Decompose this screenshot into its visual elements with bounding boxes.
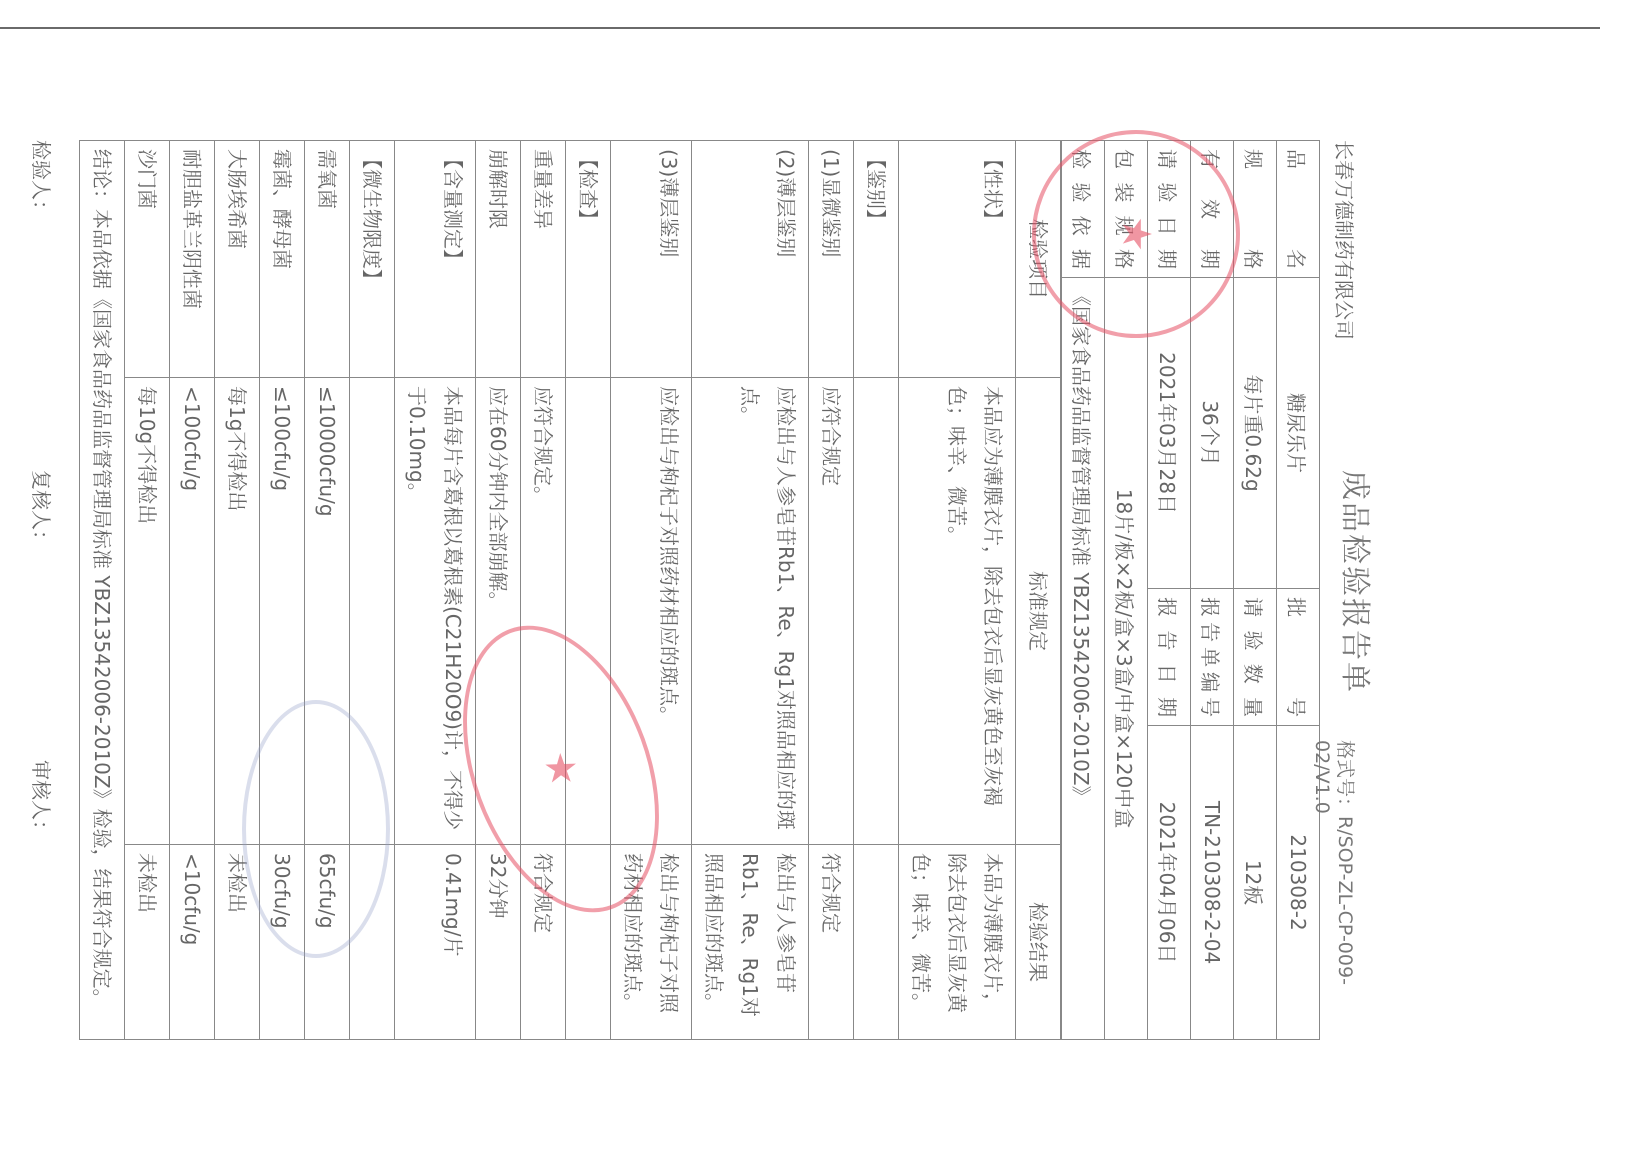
cell-standard: 本品每片含葛根以葛根素(C21H20O9)计，不得少于0.10mg。 [395,378,476,845]
label: 报告日期 [1148,589,1191,726]
cell-standard [854,378,899,845]
label: 批号 [1277,589,1320,726]
cell-result: 32分钟 [476,845,521,1040]
cell-standard: 应检出与人参皂苷Rb1、Re、Rg1对照品相应的斑点。 [692,378,809,845]
validity: 36个月 [1191,278,1234,589]
cell-item: 【含量测定】 [395,141,476,378]
top-rule [0,27,1600,29]
cell-result: 未检出 [125,845,170,1040]
report-title: 成品检验报告单 [1336,470,1380,694]
cell-item: (1)显微鉴别 [809,141,854,378]
report-date: 2021年04月06日 [1148,726,1191,1040]
table-row: 【鉴别】 [854,141,899,1040]
red-stamp-icon: ★ [1032,130,1240,338]
request-quantity: 12板 [1234,726,1277,1040]
cell-item: 崩解时限 [476,141,521,378]
header-standard: 标准规定 [1016,378,1061,845]
form-number: 格式号：R/SOP-ZL-CP-009-02/V1.0 [1311,740,1360,1040]
inspection-report-sheet: 长春万德制药有限公司 成品检验报告单 格式号：R/SOP-ZL-CP-009-0… [260,140,1410,1040]
inspection-basis: 《国家食品药品监督管理局标准 YBZ13542006-2010Z》 [1062,278,1105,1040]
table-row: 【性状】本品应为薄膜衣片，除去包衣后显灰黄色至灰褐色；味辛、微苦。本品为薄膜衣片… [899,141,1016,1040]
inspector-label: 检验人： [28,140,57,220]
cell-standard: 每10g不得检出 [125,378,170,845]
cell-item: 沙门菌 [125,141,170,378]
cell-item: 【微生物限度】 [350,141,395,378]
cell-item: 霉菌、酵母菌 [260,141,305,378]
table-row: 沙门菌每10g不得检出未检出 [125,141,170,1040]
cell-item: 【检查】 [566,141,611,378]
table-row: 崩解时限应在60分钟内全部崩解。32分钟 [476,141,521,1040]
cell-standard: <100cfu/g [170,378,215,845]
cell-item: (2)薄层鉴别 [692,141,809,378]
cell-standard: 本品应为薄膜衣片，除去包衣后显灰黄色至灰褐色；味辛、微苦。 [899,378,1016,845]
approver-label: 审核人： [28,760,57,840]
faded-stamp-icon [242,700,390,958]
cell-result: 本品为薄膜衣片，除去包衣后显灰黄色；味辛、微苦。 [899,845,1016,1040]
company-name: 长春万德制药有限公司 [1331,140,1360,340]
cell-item: 【性状】 [899,141,1016,378]
table-row: 大肠埃希菌每1g不得检出未检出 [215,141,260,1040]
cell-item: 耐胆盐革兰阴性菌 [170,141,215,378]
cell-item: 需氧菌 [305,141,350,378]
label: 品名 [1277,141,1320,278]
product-name: 糖尿乐片 [1277,278,1320,589]
cell-item: 【鉴别】 [854,141,899,378]
cell-result: 检出与人参皂苷Rb1、Re、Rg1对照品相应的斑点。 [692,845,809,1040]
header-result: 检验结果 [1016,845,1061,1040]
table-row: (3)薄层鉴别应检出与枸杞子对照药材相应的斑点。检出与枸杞子对照药材相应的斑点。 [611,141,692,1040]
reviewer-label: 复核人： [28,470,57,550]
cell-item: (3)薄层鉴别 [611,141,692,378]
label: 报告单编号 [1191,589,1234,726]
table-row: 耐胆盐革兰阴性菌<100cfu/g<10cfu/g [170,141,215,1040]
table-row: 【含量测定】本品每片含葛根以葛根素(C21H20O9)计，不得少于0.10mg。… [395,141,476,1040]
cell-item: 大肠埃希菌 [215,141,260,378]
table-row: (2)薄层鉴别应检出与人参皂苷Rb1、Re、Rg1对照品相应的斑点。检出与人参皂… [692,141,809,1040]
table-row: (1)显微鉴别应符合规定符合规定 [809,141,854,1040]
cell-result: 符合规定 [809,845,854,1040]
packing-spec: 18片/板×2板/盒×3盒/中盒×120中盒 [1105,278,1148,1040]
table-row: 重量差异应符合规定。符合规定 [521,141,566,1040]
label: 规格 [1234,141,1277,278]
report-number: TN-210308-2-04 [1191,726,1234,1040]
cell-result [854,845,899,1040]
cell-result: <10cfu/g [170,845,215,1040]
signature-row: 检验人： 复核人： 审核人： [9,140,79,1040]
label: 请验数量 [1234,589,1277,726]
conclusion: 结论：本品依据《国家食品药品监督管理局标准 YBZ13542006-2010Z》… [80,141,125,1040]
cell-standard: 应符合规定 [809,378,854,845]
specification: 每片重0.62g [1234,278,1277,589]
cell-item: 重量差异 [521,141,566,378]
cell-result: 0.41mg/片 [395,845,476,1040]
